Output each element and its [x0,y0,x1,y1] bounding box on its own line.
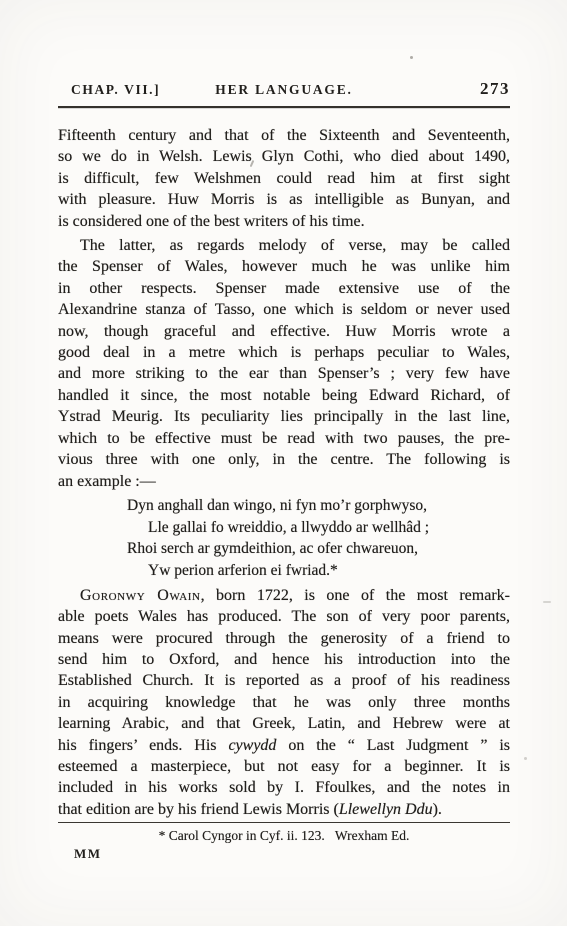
text-line: The latter, as regards melody of verse, … [58,235,510,256]
text-line: and more striking to the ear than Spense… [58,363,510,384]
text-line: that edition are by his friend Lewis Mor… [58,799,510,820]
text-line: the Spenser of Wales, however much he wa… [58,256,510,277]
text-line: means were procured through the generosi… [58,628,510,649]
paragraph: Goronwy Owain, born 1722, is one of the … [58,585,510,820]
text-line: Fifteenth century and that of the Sixtee… [58,125,510,146]
text-line: Rhoi serch ar gymdeithion, ac ofer chwar… [58,538,510,560]
text-line: Goronwy Owain, born 1722, is one of the … [58,585,510,606]
text-line: which to be effective must be read with … [58,428,510,449]
text-line: send him to Oxford, and hence his introd… [58,649,510,670]
book-page: CHAP. VII.] HER LANGUAGE. 273 Fifteenth … [0,0,567,926]
verse-block: Dyn anghall dan wingo, ni fyn mo’r gorph… [58,495,510,582]
text-line: his fingers’ ends. His cywydd on the “ L… [58,735,510,756]
text-line: Lle gallai fo wreiddio, a llwyddo ar wel… [58,517,510,539]
text-line: good deal in a metre which is perhaps pe… [58,342,510,363]
scan-speck [524,757,527,760]
text-line: able poets Wales has produced. The son o… [58,606,510,627]
text-line: now, though graceful and effective. Huw … [58,321,510,342]
text-line: so we do in Welsh. Lewis Glyn Cothi, who… [58,146,510,167]
text-line: with pleasure. Huw Morris is as intellig… [58,189,510,210]
text-line: included in his works sold by I. Ffoulke… [58,777,510,798]
text-line: Yw perion arferion ei fwriad.* [58,560,510,582]
text-line: an example :— [58,471,510,492]
text-block: Fifteenth century and that of the Sixtee… [58,125,510,820]
paragraph: Fifteenth century and that of the Sixtee… [58,125,510,232]
page-number: 273 [480,79,510,99]
footnote-rule [58,822,510,823]
text-line: esteemed a masterpiece, but not easy for… [58,756,510,777]
running-title: HER LANGUAGE. [215,82,352,98]
text-line: handled it since, the most notable being… [58,385,510,406]
text-line: in other respects. Spenser made extensiv… [58,278,510,299]
text-line: Established Church. It is reported as a … [58,670,510,691]
running-header: CHAP. VII.] HER LANGUAGE. 273 [58,79,510,99]
paragraph: The latter, as regards melody of verse, … [58,235,510,492]
chapter-label: CHAP. VII.] [58,82,160,98]
signature-mark: MM [74,846,102,862]
footnote: * Carol Cyngor in Cyf. ii. 123. Wrexham … [58,828,510,844]
text-line: Ystrad Meurig. Its peculiarity lies prin… [58,406,510,427]
text-line: Alexandrine stanza of Tasso, one which i… [58,299,510,320]
text-line: is difficult, few Welshmen could read hi… [58,168,510,189]
text-line: learning Arabic, and that Greek, Latin, … [58,713,510,734]
header-rule [58,106,510,108]
text-line: Dyn anghall dan wingo, ni fyn mo’r gorph… [58,495,510,517]
text-line: is considered one of the best writers of… [58,211,510,232]
scan-speck [410,56,413,59]
text-line: in acquiring knowledge that he was only … [58,692,510,713]
scan-speck [543,601,551,603]
text-line: vious three with one only, in the centre… [58,449,510,470]
